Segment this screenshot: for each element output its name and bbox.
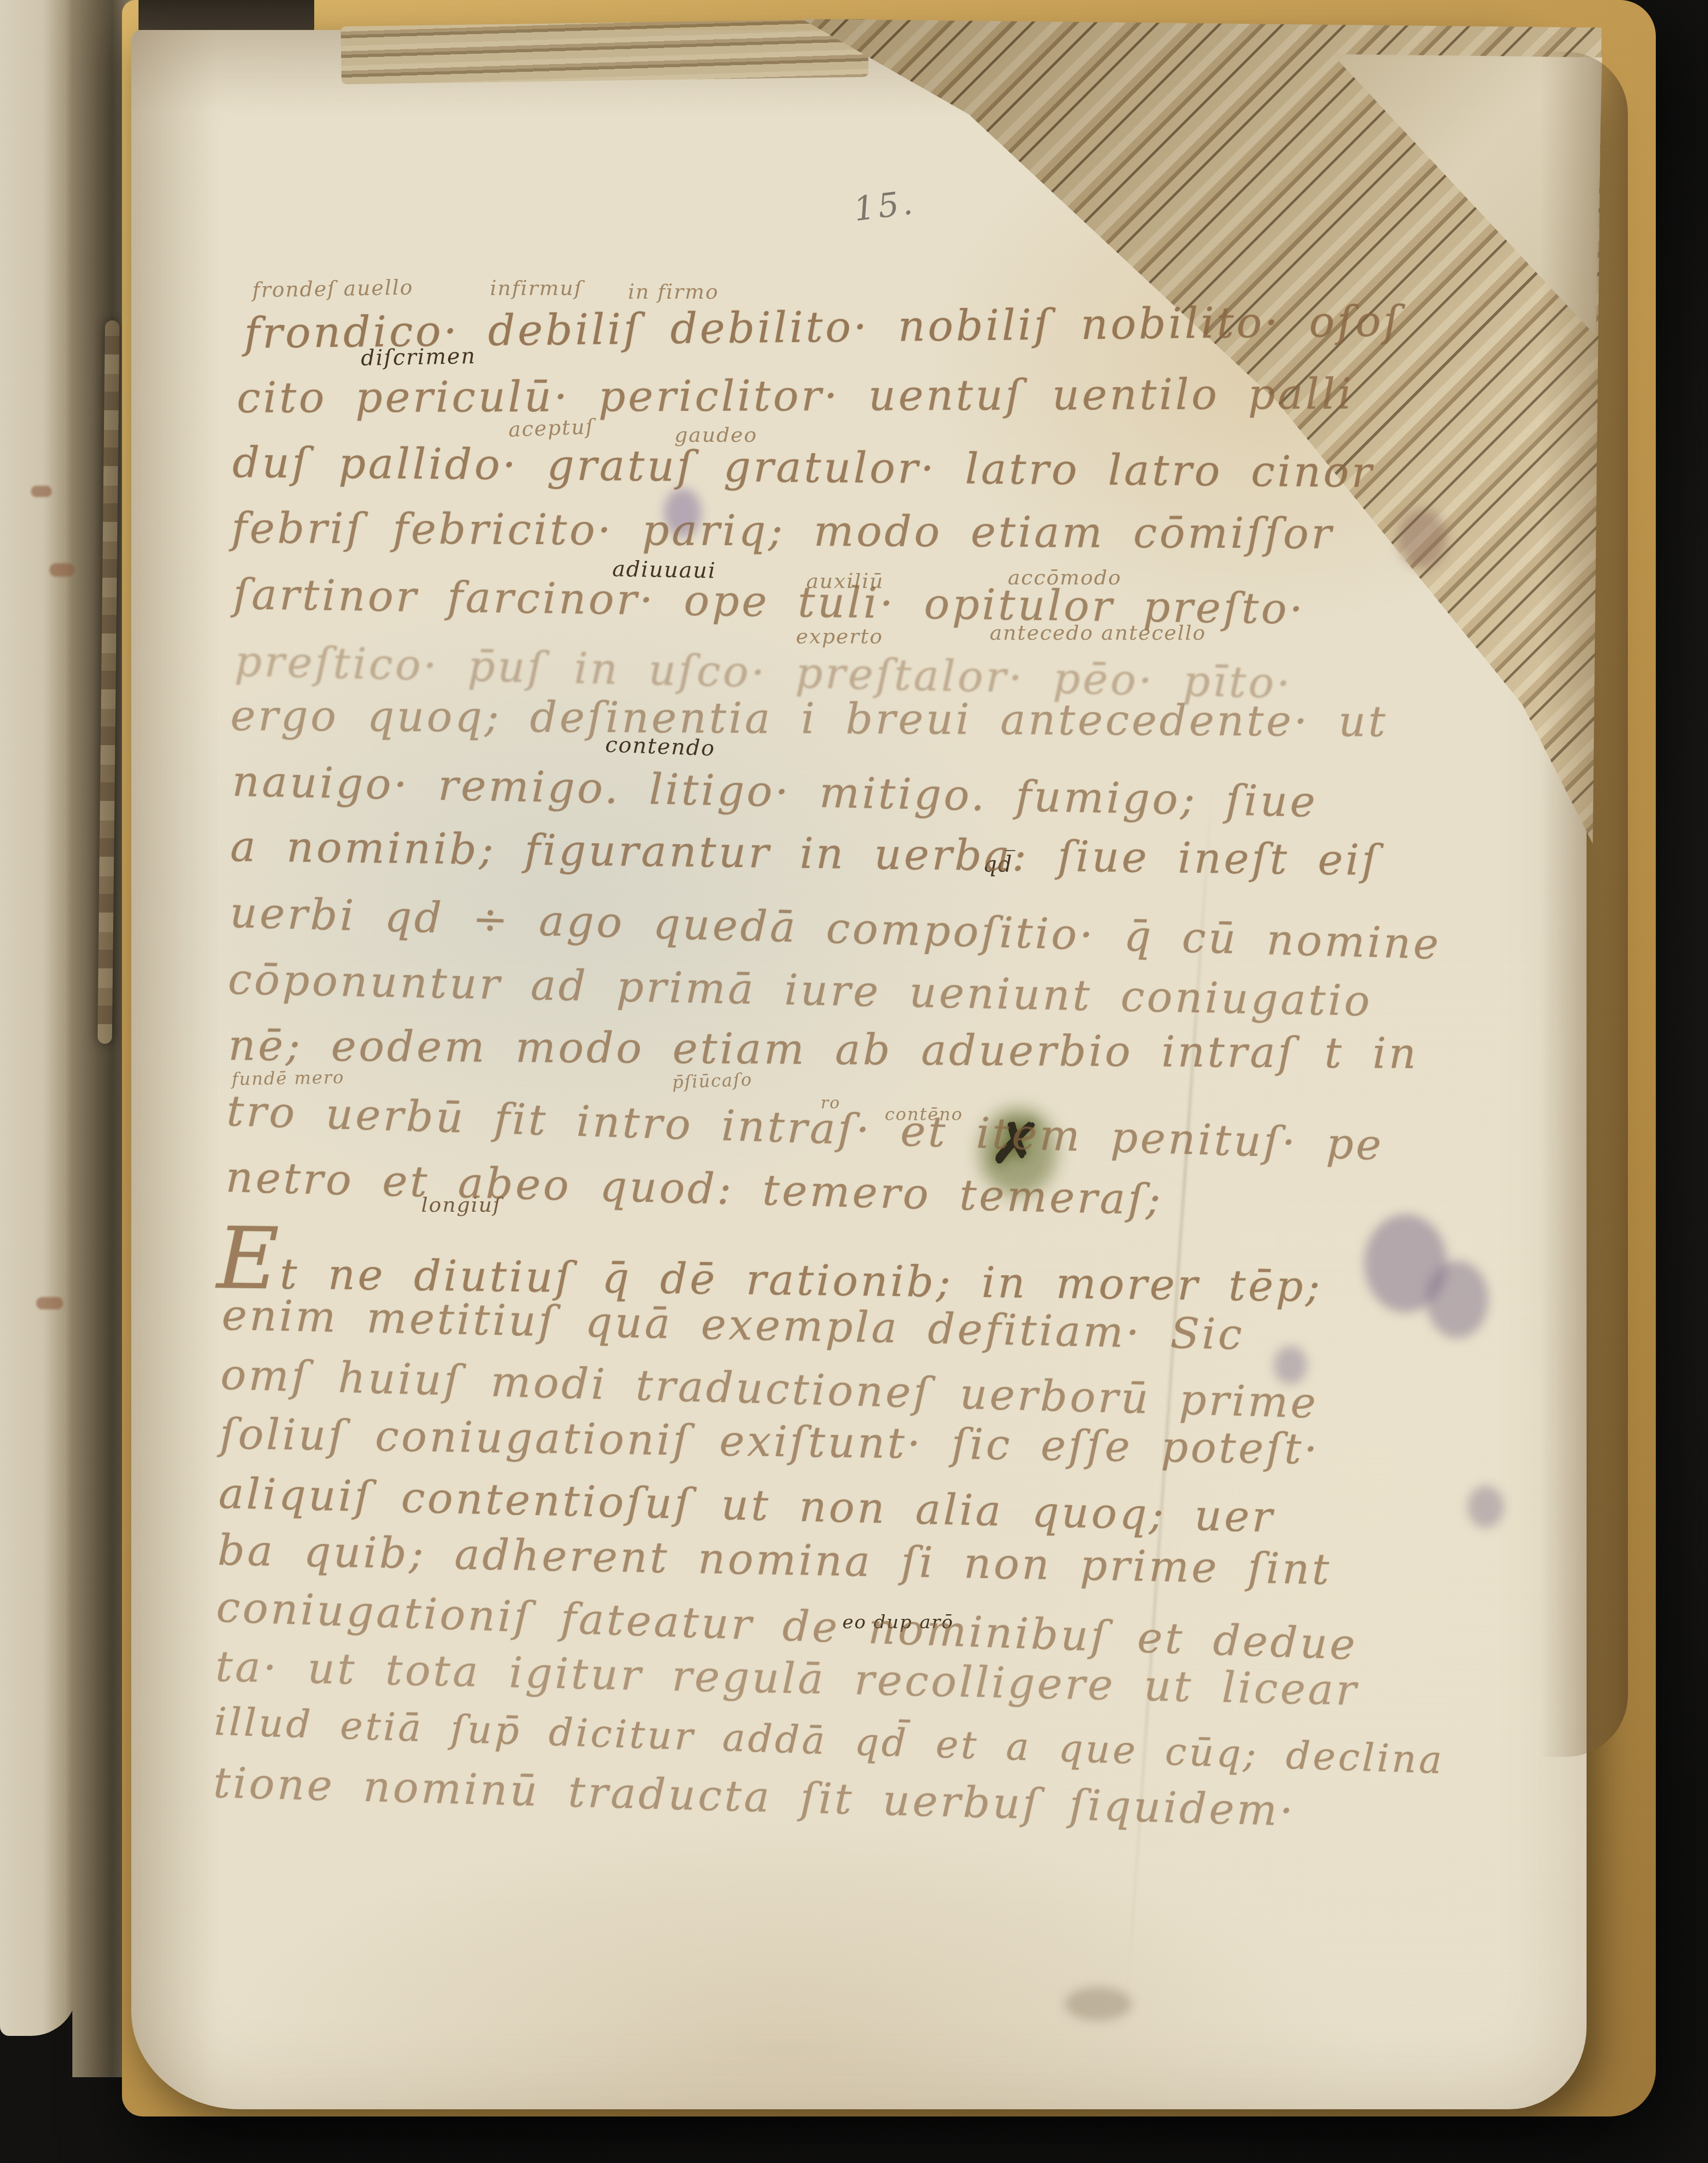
text-line: cito periculū· periclitor· uentuſ uentil…	[237, 373, 1354, 420]
stain-brown-spot	[1398, 509, 1447, 568]
text-line: frondico· debiliſ debilito· nobiliſ nobi…	[244, 301, 1402, 355]
gloss-funde-mero: fundē mero	[232, 1069, 345, 1088]
facing-page-text-fragment	[50, 563, 74, 577]
gloss-experto: experto	[796, 626, 883, 647]
top-leaf-edges	[341, 19, 868, 84]
stain-violet-pair	[1426, 1261, 1488, 1338]
text-line: nē; eodem modo etiam ab aduerbio intraſ …	[228, 1025, 1419, 1075]
stain-violet-dot	[1468, 1486, 1504, 1528]
facing-page-text-fragment	[36, 1297, 63, 1309]
text-line: duſ pallido· gratuſ gratulor· latro latr…	[232, 442, 1374, 494]
manuscript-photo: { "folio_number": "15.", "colors": { "ba…	[0, 0, 1708, 2163]
gloss-in-firmo: in firmo	[628, 282, 719, 302]
facing-page-text-fragment	[31, 486, 52, 497]
folio-number: 15.	[852, 183, 918, 229]
text-line: ergo quoq; deſinentia i breui antecedent…	[230, 695, 1388, 744]
fore-edge-shadow	[1540, 52, 1628, 1757]
gloss-psiucaso: p̄ſiūcaſo	[672, 1071, 753, 1091]
facing-page-edge	[0, 0, 78, 2036]
bottom-right-leaf-edges	[1516, 1689, 1634, 2104]
stain-bottom-smudge	[1065, 1987, 1132, 2021]
gloss-frondes-auello: frondeſ auello	[252, 277, 413, 301]
gloss-infirmus: infirmuſ	[490, 278, 583, 299]
text-line: febriſ febricito· pariq; modo etiam cōmi…	[232, 507, 1334, 555]
